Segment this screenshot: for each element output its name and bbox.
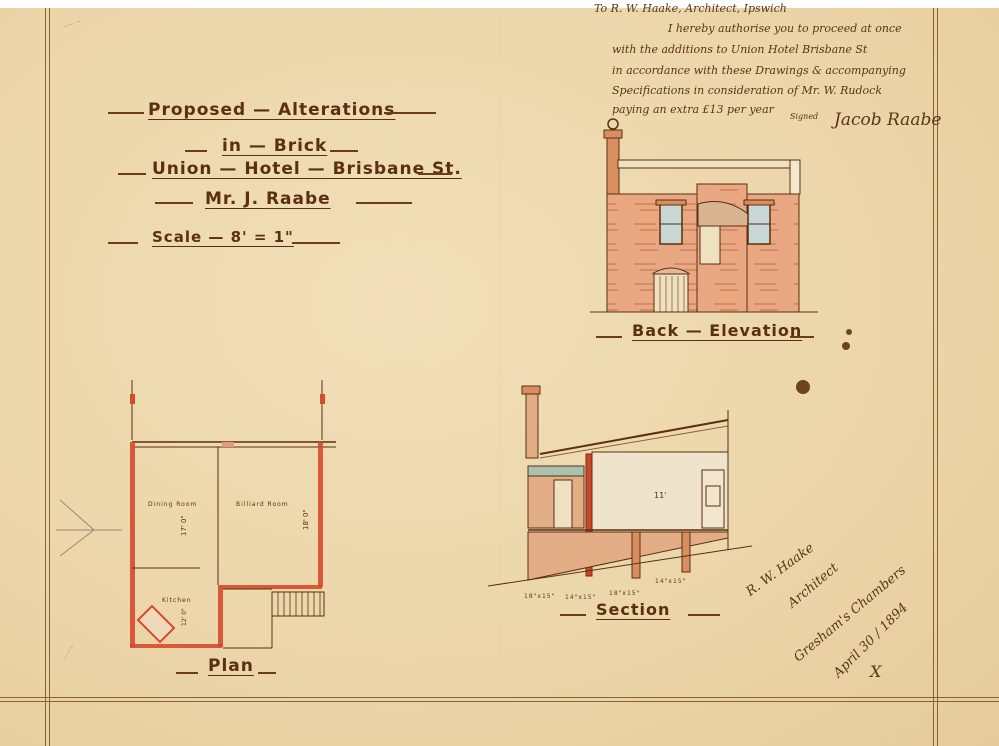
- architect-mark: X: [870, 662, 881, 681]
- back-elevation-drawing: [590, 116, 820, 356]
- border-rule-left-inner: [49, 8, 50, 746]
- north-point-icon: [52, 498, 132, 558]
- note-addressee: To R. W. Haake, Architect, Ipswich: [594, 2, 787, 15]
- border-rule-bottom-inner: [0, 701, 999, 702]
- pencil-mark: ~~~: [61, 642, 77, 661]
- title-line-2: in — Brick: [222, 136, 327, 156]
- ink-stain: [842, 342, 850, 350]
- footing-dim: 14"x15": [565, 594, 596, 601]
- note-line: in accordance with these Drawings & acco…: [612, 64, 906, 77]
- footing-dim: 18"x15": [524, 593, 555, 600]
- title-line-1: Proposed — Alterations: [148, 100, 395, 120]
- room-label-billiard: Billiard Room: [236, 501, 289, 508]
- section-height-dim: 11': [654, 491, 666, 500]
- border-rule-left: [45, 8, 46, 746]
- pencil-mark: ~~ ~: [61, 17, 82, 31]
- ink-stain: [846, 329, 852, 335]
- drawing-sheet: Proposed — Alterations in — Brick Union …: [0, 8, 999, 746]
- room-label-kitchen: Kitchen: [162, 597, 192, 604]
- plan-caption: Plan: [208, 656, 254, 676]
- back-elevation-caption: Back — Elevation: [632, 321, 802, 340]
- footing-dim: 18"x15": [609, 590, 640, 597]
- section-drawing: 11': [484, 380, 754, 590]
- scale-label: Scale — 8' = 1": [152, 228, 294, 246]
- title-line-3: Union — Hotel — Brisbane St.: [152, 159, 462, 179]
- title-line-4: Mr. J. Raabe: [205, 189, 331, 209]
- note-line: I hereby authorise you to proceed at onc…: [668, 22, 902, 35]
- center-fold: [498, 8, 501, 746]
- section-caption: Section: [596, 600, 670, 619]
- room-dim-kitchen: 12' 0": [181, 608, 188, 626]
- note-line: Specifications in consideration of Mr. W…: [612, 84, 882, 97]
- room-dim-dining: 17' 0": [180, 515, 188, 536]
- note-line: with the additions to Union Hotel Brisba…: [612, 43, 867, 56]
- room-label-dining: Dining Room: [148, 501, 197, 508]
- border-rule-bottom: [0, 697, 999, 698]
- ink-stain: [796, 380, 810, 394]
- note-line: paying an extra £13 per year: [612, 103, 774, 116]
- signature-jacob-raabe: Jacob Raabe: [834, 110, 941, 130]
- room-dim-billiard: 18' 0": [302, 509, 310, 530]
- footing-dim: 14"x15": [655, 578, 686, 585]
- plan-drawing: Dining Room Billiard Room Kitchen 17' 0"…: [126, 380, 336, 655]
